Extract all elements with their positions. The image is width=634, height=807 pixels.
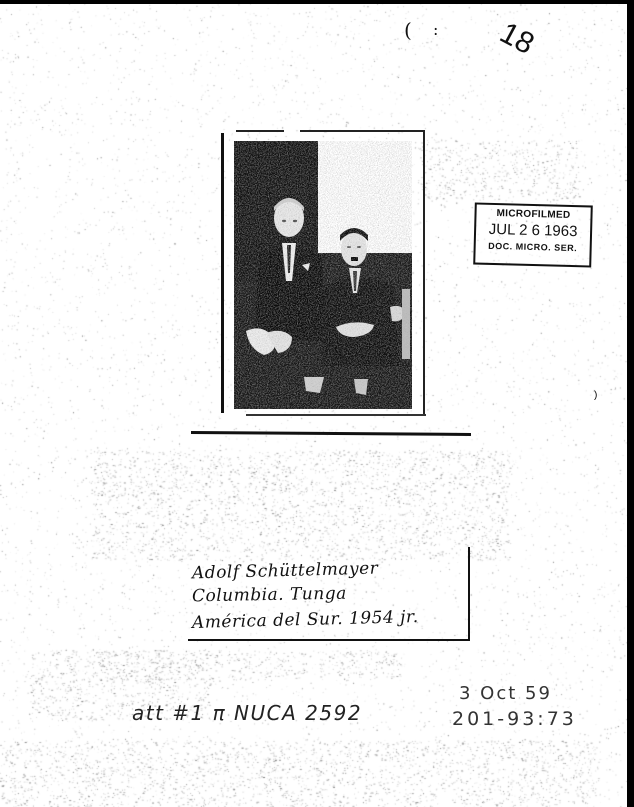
handwritten-caption: Adolf Schüttelmayer Columbia. Tunga Amér…: [188, 547, 470, 641]
handwritten-date: 3 Oct 59: [459, 683, 552, 704]
caption-location: Columbia. Tunga: [192, 584, 347, 607]
stamp-date: JUL 2 6 1963: [476, 221, 590, 241]
scan-top-edge: [0, 0, 634, 4]
attachment-reference: att #1 π NUCA 2592: [132, 701, 362, 725]
photo-frame-left: [221, 133, 224, 413]
photo-frame-top: [236, 130, 284, 132]
stamp-dept: DOC. MICRO. SER.: [476, 241, 590, 254]
photo-frame-bottom: [246, 414, 426, 416]
corner-tick-mark: :: [433, 20, 438, 39]
file-number: 201-93:73: [452, 708, 577, 730]
photo-frame-top: [300, 130, 425, 132]
photo-frame-right: [423, 131, 425, 416]
microfilmed-stamp: MICROFILMED JUL 2 6 1963 DOC. MICRO. SER…: [473, 202, 593, 267]
scan-right-edge: [627, 0, 634, 807]
caption-name: Adolf Schüttelmayer: [192, 559, 379, 584]
caption-region-year: América del Sur. 1954 jr.: [192, 607, 419, 633]
margin-mark: ): [594, 390, 597, 401]
stamp-title: MICROFILMED: [476, 208, 590, 222]
photograph-two-men: [234, 141, 412, 409]
corner-paren-mark: (: [404, 18, 412, 42]
